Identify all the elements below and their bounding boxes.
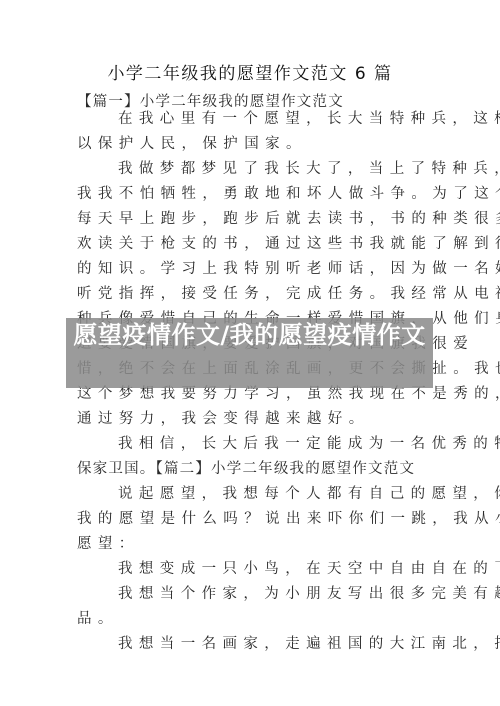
body-text-line: 每天早上跑步，跑步后就去读书，书的种类很多，我最喜 — [77, 210, 427, 228]
body-text-line: 我的愿望是什么吗？说出来吓你们一跳，我从小就有许多 — [77, 510, 427, 528]
body-text-line: 我想当个作家，为小朋友写出很多完美有趣的作 — [118, 585, 468, 603]
body-text-line: 我相信，长大后我一定能成为一名优秀的特种兵， — [118, 435, 468, 453]
body-text-line: 愿望： — [77, 535, 427, 553]
body-text-line: 说起愿望，我想每个人都有自己的愿望，你们知道 — [118, 485, 468, 503]
body-text-line: 我想变成一只小鸟，在天空中自由自在的飞翔。 — [118, 560, 468, 578]
body-text-line: 听党指挥，接受任务，完成任务。我经常从电视里看到特 — [77, 285, 427, 303]
document-title: 小学二年级我的愿望作文范文 6 篇 — [0, 63, 500, 85]
body-text-line: 我做梦都梦见了我长大了，当上了特种兵，那时的 — [118, 160, 468, 178]
body-text-line: 在我心里有一个愿望，长大当特种兵，这样我就可 — [118, 110, 468, 128]
body-text-line: 我我不怕牺牲，勇敢地和坏人做斗争。为了这个梦想，我 — [77, 185, 427, 203]
body-text-line: 的知识。学习上我特别听老师话，因为做一名好兵首先要 — [77, 260, 427, 278]
body-text-line: 我想当一名画家，走遍祖国的大江南北，把美丽的 — [118, 635, 468, 653]
body-text-line: 以保护人民，保护国家。 — [77, 135, 427, 153]
section-heading-line: 保家卫国。【篇二】小学二年级我的愿望作文范文 — [77, 460, 427, 478]
body-text-line: 通过努力，我会变得越来越好。 — [77, 410, 427, 428]
section-heading-line: 【篇一】小学二年级我的愿望作文范文 — [77, 93, 427, 111]
overlay-title: 愿望疫情作文/我的愿望疫情作文 — [66, 320, 433, 350]
body-text-line: 品。 — [77, 610, 427, 628]
body-text-line: 欢读关于枪支的书，通过这些书我就能了解到很多关于枪 — [77, 235, 427, 253]
